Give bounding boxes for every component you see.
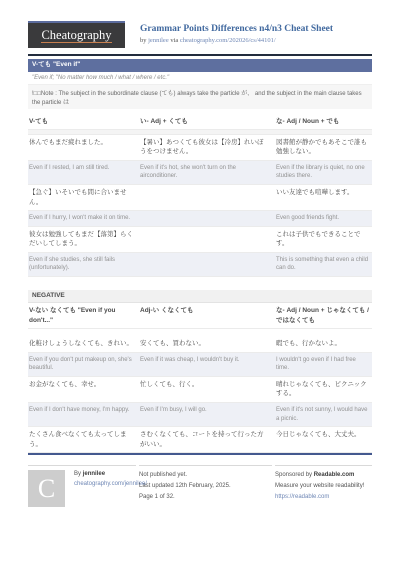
table-cell: Even if I hurry, I won't make it on time… — [28, 211, 136, 226]
cheatography-logo[interactable]: Cheatography — [28, 21, 125, 48]
table-cell: Even if you don't put makeup on, she's b… — [28, 353, 136, 376]
table-cell: Even good friends fight. — [275, 211, 372, 226]
header-divider — [28, 54, 372, 56]
table-row: 彼女は勉強してもまだ【落第】らくだいしてしまう。これは子供でもできることです。 — [28, 227, 372, 253]
sponsor-link[interactable]: https://readable.com — [275, 494, 329, 500]
c-icon-letter: C — [38, 474, 55, 504]
affirmative-table: V-てもい- Adj + くてもな- Adj / Noun + でも休んでもまだ… — [28, 114, 372, 277]
table-cell: Even if I rested, I am still tired. — [28, 161, 136, 184]
table-cell: 安くても、買わない。 — [139, 336, 272, 351]
title-block: Grammar Points Differences n4/n3 Cheat S… — [140, 21, 333, 44]
table-cell: 今日じゃなくても、大丈夫。 — [275, 427, 372, 452]
table-cell: Adj-い くなくても — [139, 303, 272, 328]
table-spacer — [28, 329, 372, 336]
table-row: 【急ぐ】いそいでも間に合いません。いい友達でも喧嘩します。 — [28, 185, 372, 211]
byline-via: via — [170, 37, 178, 44]
table-cell: 【暑い】あつくても彼女は【冷房】れいぼうをつけません。 — [139, 135, 272, 160]
section-note: !□□Note : The subject in the subordinate… — [28, 85, 372, 109]
footer-author-name: jennilee — [83, 471, 105, 477]
table-cell — [139, 253, 272, 276]
page-number: Page 1 of 32. — [139, 492, 272, 502]
table-cell: Even if I'm busy, I will go. — [139, 403, 272, 426]
table-cell: 晴れじゃなくても、ピクニックする。 — [275, 377, 372, 402]
table-cell: いい友達でも喧嘩します。 — [275, 185, 372, 210]
section-subtitle: "Even if; "No matter how much / what / w… — [28, 72, 372, 85]
footer-sponsor-block: Sponsored by Readable.com Measure your w… — [275, 465, 372, 507]
table-row: Even if I hurry, I won't make it on time… — [28, 211, 372, 227]
table-cell — [139, 211, 272, 226]
table-cell: これは子供でもできることです。 — [275, 227, 372, 252]
table-cell: い- Adj + くても — [139, 114, 272, 129]
table-cell: たくさん食べなくても太ってしまう。 — [28, 427, 136, 452]
footer-author-link[interactable]: cheatography.com/jennilee/ — [74, 481, 147, 487]
author-link[interactable]: jennilee — [148, 37, 169, 44]
cheatography-logo-text: Cheatography — [41, 28, 111, 43]
table-row: 化粧けしょうしなくても、きれい。安くても、買わない。暇でも、行かないよ。 — [28, 336, 372, 352]
table-cell: Even if it was cheap, I wouldn't buy it. — [139, 353, 272, 376]
table-cell: 化粧けしょうしなくても、きれい。 — [28, 336, 136, 351]
table-cell — [139, 227, 272, 252]
table-cell: 暇でも、行かないよ。 — [275, 336, 372, 351]
negative-table: V-ない なくても "Even if you don't..."Adj-い くな… — [28, 303, 372, 453]
sponsor-tagline: Measure your website readability! — [275, 481, 372, 491]
table-cell: V-ても — [28, 114, 136, 129]
table-cell: お金がなくても、幸せ。 — [28, 377, 136, 402]
table-cell: I wouldn't go even if I had free time. — [275, 353, 372, 376]
table-cell: 図書館が静かでもあそこで誰も勉強しない。 — [275, 135, 372, 160]
footer-by-line: By jennilee — [74, 470, 147, 480]
table-cell: Even if I don't have money, I'm happy. — [28, 403, 136, 426]
table-cell — [139, 185, 272, 210]
table-cell: Even if it's not sunny, I would have a p… — [275, 403, 372, 426]
sponsor-line: Sponsored by Readable.com — [275, 470, 372, 480]
table-row: Even if I rested, I am still tired.Even … — [28, 161, 372, 185]
table-row: Even if you don't put makeup on, she's b… — [28, 353, 372, 377]
footer-status-block: Not published yet. Last updated 12th Feb… — [139, 465, 272, 507]
table-row: 休んでもまだ疲れました。【暑い】あつくても彼女は【冷房】れいぼうをつけません。図… — [28, 135, 372, 161]
page-header: Cheatography Grammar Points Differences … — [28, 0, 372, 48]
table-cell: Even if it's hot, she won't turn on the … — [139, 161, 272, 184]
table-cell: 彼女は勉強してもまだ【落第】らくだいしてしまう。 — [28, 227, 136, 252]
byline-by: by — [140, 37, 147, 44]
table-row: たくさん食べなくても太ってしまう。さむくなくても、コートを持って行った方がいい。… — [28, 427, 372, 453]
footer-by-label: By — [74, 471, 81, 477]
last-updated: Last updated 12th February, 2025. — [139, 481, 272, 491]
footer-author-block: C By jennilee cheatography.com/jennilee/ — [28, 465, 136, 507]
table-cell: 休んでもまだ疲れました。 — [28, 135, 136, 160]
table-cell: さむくなくても、コートを持って行った方がいい。 — [139, 427, 272, 452]
table-row: Even if she studies, she still fails (un… — [28, 253, 372, 277]
sheet-url-link[interactable]: cheatography.com/202026/cs/44101/ — [180, 37, 276, 44]
section-bottom-border — [28, 453, 372, 455]
table-cell: Even if the library is quiet, no one stu… — [275, 161, 372, 184]
section-header: V-ても "Even if" — [28, 59, 372, 72]
table-row: お金がなくても、幸せ。忙しくても、行く。晴れじゃなくても、ピクニックする。 — [28, 377, 372, 403]
table-cell: Even if she studies, she still fails (un… — [28, 253, 136, 276]
negative-label: NEGATIVE — [28, 290, 372, 304]
table-cell: な- Adj / Noun + でも — [275, 114, 372, 129]
cheatography-c-icon: C — [28, 470, 65, 507]
table-row: Even if I don't have money, I'm happy.Ev… — [28, 403, 372, 427]
sponsor-name: Readable.com — [314, 472, 355, 478]
table-cell: な- Adj / Noun + じゃなくても / ではなくても — [275, 303, 372, 328]
table-header-row: V-ない なくても "Even if you don't..."Adj-い くな… — [28, 303, 372, 329]
page-footer: C By jennilee cheatography.com/jennilee/… — [28, 465, 372, 507]
table-gap — [28, 277, 372, 290]
page-title: Grammar Points Differences n4/n3 Cheat S… — [140, 24, 333, 35]
publish-status: Not published yet. — [139, 470, 272, 480]
cheat-sheet-page: Cheatography Grammar Points Differences … — [0, 0, 400, 566]
sponsor-label: Sponsored by — [275, 472, 312, 478]
table-header-row: V-てもい- Adj + くてもな- Adj / Noun + でも — [28, 114, 372, 130]
table-cell: 【急ぐ】いそいでも間に合いません。 — [28, 185, 136, 210]
table-cell: V-ない なくても "Even if you don't..." — [28, 303, 136, 328]
table-cell: 忙しくても、行く。 — [139, 377, 272, 402]
byline: by jennilee via cheatography.com/202026/… — [140, 37, 333, 44]
table-cell: This is something that even a child can … — [275, 253, 372, 276]
